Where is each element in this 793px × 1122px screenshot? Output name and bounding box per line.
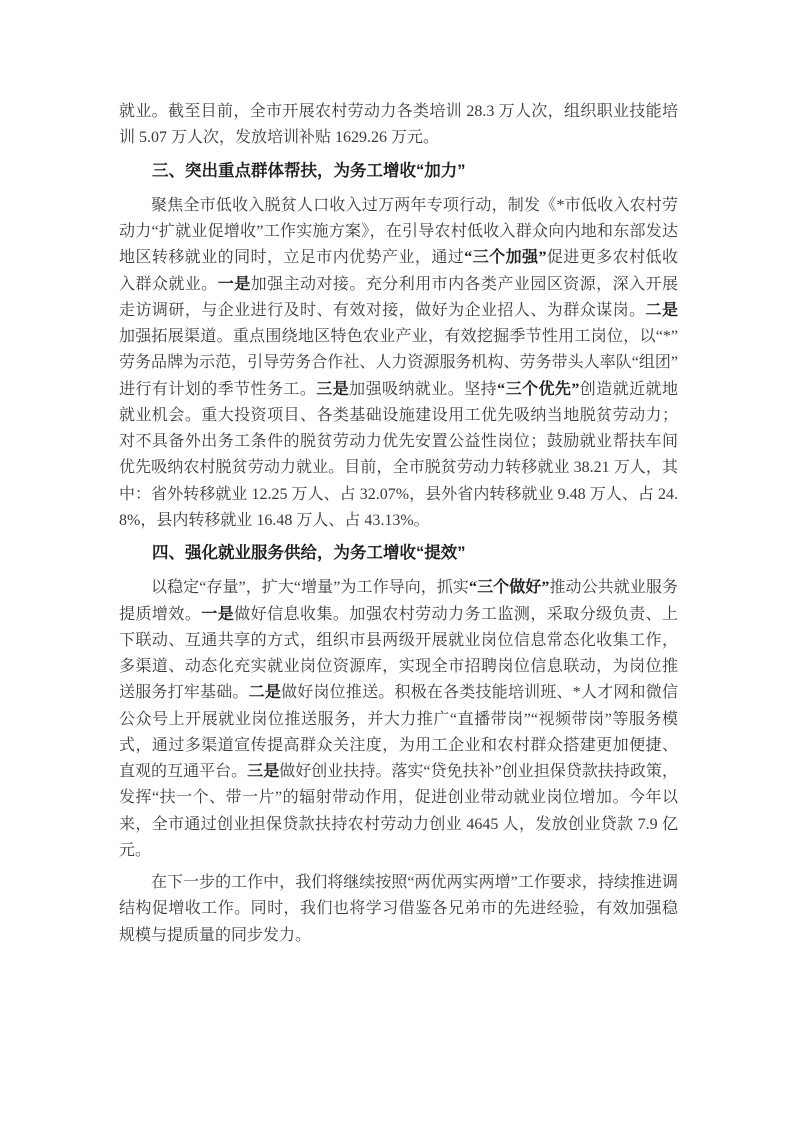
section-heading-3: 三、突出重点群体帮扶，为务工增收“加力”: [119, 158, 678, 184]
bold-emphasis: 三是: [316, 381, 349, 398]
bold-emphasis: “三个做好”: [469, 579, 549, 596]
text-run: 在下一步的工作中，我们将继续按照“两优两实两增”工作要求，持续推进调结构促增收工…: [119, 874, 678, 944]
bold-emphasis: 三是: [247, 763, 279, 780]
body-paragraph-section-4: 以稳定“存量”，扩大“增量”为工作导向，抓实“三个做好”推动公共就业服务提质增效…: [119, 575, 678, 864]
text-run: 以稳定“存量”，扩大“增量”为工作导向，抓实: [151, 579, 469, 596]
text-run: 创造就近就地就业机会。重大投资项目、各类基础设施建设用工优先吸纳当地脱贫劳动力；…: [119, 381, 678, 529]
bold-emphasis: 二是: [249, 684, 281, 701]
bold-emphasis: “三个优先”: [497, 381, 579, 398]
body-paragraph-continued: 就业。截至目前，全市开展农村劳动力各类培训 28.3 万人次，组织职业技能培训 …: [119, 99, 678, 152]
heading-text: 三、突出重点群体帮扶，为务工增收“加力”: [152, 162, 466, 180]
document-page: 就业。截至目前，全市开展农村劳动力各类培训 28.3 万人次，组织职业技能培训 …: [0, 0, 793, 1122]
section-heading-4: 四、强化就业服务供给，为务工增收“提效”: [119, 540, 678, 566]
bold-emphasis: 一是: [218, 276, 251, 293]
body-paragraph-section-3: 聚焦全市低收入脱贫人口收入过万两年专项行动，制发《*市低收入农村劳动力“扩就业促…: [119, 193, 678, 534]
heading-text: 四、强化就业服务供给，为务工增收“提效”: [152, 544, 466, 562]
text-run: 就业。截至目前，全市开展农村劳动力各类培训 28.3 万人次，组织职业技能培训 …: [119, 103, 678, 146]
bold-emphasis: 二是: [646, 302, 678, 319]
closing-paragraph: 在下一步的工作中，我们将继续按照“两优两实两增”工作要求，持续推进调结构促增收工…: [119, 870, 678, 949]
bold-emphasis: “三个加强”: [464, 249, 546, 266]
text-run: 加强吸纳就业。坚持: [349, 381, 497, 398]
bold-emphasis: 一是: [201, 606, 234, 623]
